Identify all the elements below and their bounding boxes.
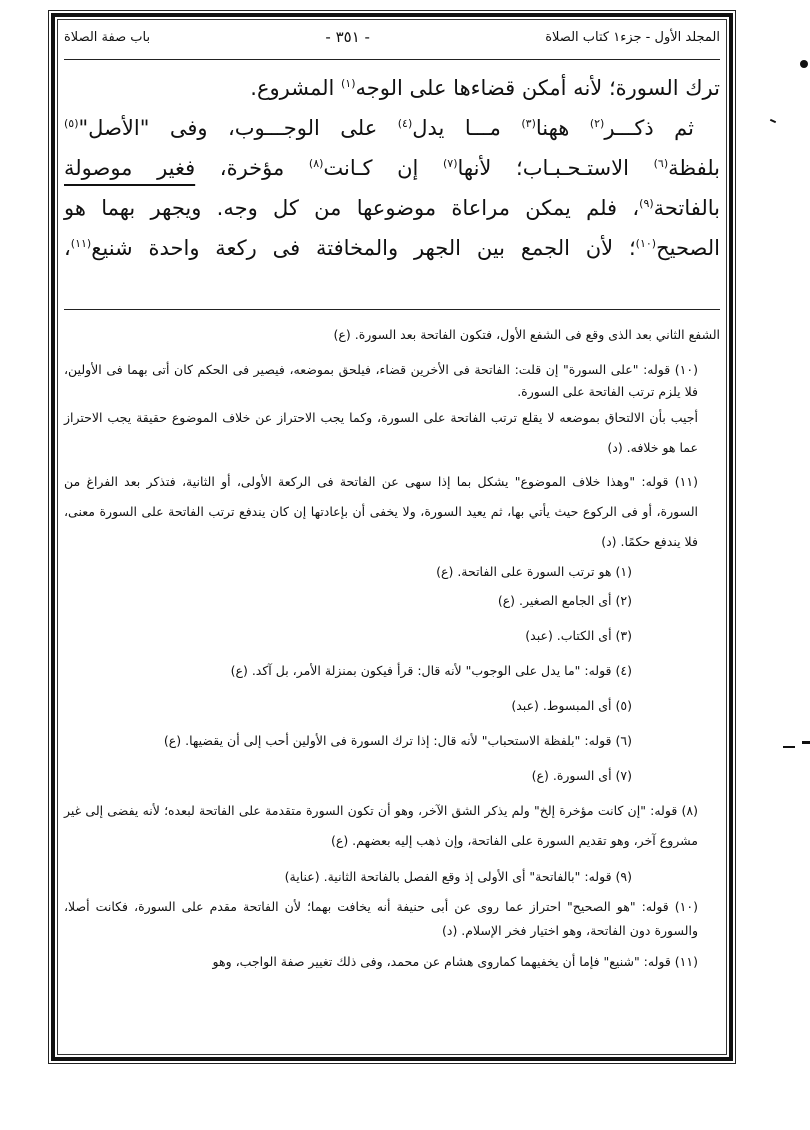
footnote-ref[interactable]: (٦) xyxy=(654,157,669,170)
footnote-ref[interactable]: (١) xyxy=(341,77,356,90)
footnote-4: (٤) قوله: "ما يدل على الوجوب" لأنه قال: … xyxy=(64,656,720,685)
main-text-line: الصحيح(١٠)؛ لأن الجمع بين الجهر والمخافت… xyxy=(64,228,720,268)
underlined-phrase: فغير موصولة xyxy=(64,156,195,180)
chapter-title: باب صفة الصلاة xyxy=(64,30,150,45)
footnote-ref[interactable]: (٨) xyxy=(309,157,324,170)
footnote-continuation: الشفع الثاني بعد الذى وقع فى الشفع الأول… xyxy=(64,320,720,349)
footnote-9: (٩) قوله: "بالفاتحة" أى الأولى إذ وقع ال… xyxy=(64,862,720,891)
main-text-line: بلفظة(٦) الاستـحـبـاب؛ لأنها(٧) إن كـانت… xyxy=(64,148,720,188)
footnote-ref[interactable]: (٥) xyxy=(64,117,79,130)
footnote-ref[interactable]: (٤) xyxy=(398,117,413,130)
volume-title: المجلد الأول - جزء١ كتاب الصلاة xyxy=(545,30,720,45)
footnote-5: (٥) أى المبسوط. (عبد) xyxy=(64,691,720,720)
footnote-10: (١٠) قوله: "هو الصحيح" احتراز عما روى عن… xyxy=(64,895,720,943)
main-text-line: بالفاتحة(٩)، فلم يمكن مراعاة موضوعها من … xyxy=(64,188,720,228)
footnote-1: (١) هو ترتب السورة على الفاتحة. (ع) xyxy=(64,557,720,586)
header-rule xyxy=(64,59,720,60)
footnote-6: (٦) قوله: "بلفظة الاستحباب" لأنه قال: إذ… xyxy=(64,726,720,755)
footnote-10-prev: (١٠) قوله: "على السورة" إن قلت: الفاتحة … xyxy=(64,359,720,403)
footnote-10-prev-answer: أجيب بأن الالتحاق بموضعه لا يقلع ترتب ال… xyxy=(64,403,720,463)
running-header: المجلد الأول - جزء١ كتاب الصلاة - ٣٥١ - … xyxy=(64,20,720,54)
footnote-8: (٨) قوله: "إن كانت مؤخرة إلخ" ولم يذكر ا… xyxy=(64,796,720,856)
footnote-ref[interactable]: (٢) xyxy=(590,117,605,130)
main-text-line: ثم ذكـــر(٢) ههنا(٣) مـــا يدل(٤) على ال… xyxy=(64,108,720,148)
footnotes: الشفع الثاني بعد الذى وقع فى الشفع الأول… xyxy=(64,320,720,976)
book-page: المجلد الأول - جزء١ كتاب الصلاة - ٣٥١ - … xyxy=(58,20,726,1054)
footnote-2: (٢) أى الجامع الصغير. (ع) xyxy=(64,586,720,615)
footnote-ref[interactable]: (٣) xyxy=(521,117,536,130)
main-text: ترك السورة؛ لأنه أمكن قضاءها على الوجه(١… xyxy=(64,68,720,268)
scan-speck xyxy=(770,119,776,123)
footnote-ref[interactable]: (١١) xyxy=(71,237,91,250)
footnote-ref[interactable]: (٩) xyxy=(639,197,654,210)
footnote-separator xyxy=(64,309,720,310)
main-text-line: ترك السورة؛ لأنه أمكن قضاءها على الوجه(١… xyxy=(64,68,720,108)
footnote-3: (٣) أى الكتاب. (عبد) xyxy=(64,621,720,650)
scan-speck xyxy=(783,746,795,748)
footnote-11: (١١) قوله: "شنيع" فإما أن يخفيهما كماروى… xyxy=(64,947,720,976)
footnote-ref[interactable]: (١٠) xyxy=(636,237,656,250)
footnote-7: (٧) أى السورة. (ع) xyxy=(64,761,720,790)
footnote-ref[interactable]: (٧) xyxy=(443,157,458,170)
scan-speck xyxy=(802,741,810,744)
footnote-11-prev: (١١) قوله: "وهذا خلاف الموضوع" يشكل بما … xyxy=(64,467,720,557)
page-number: - ٣٥١ - xyxy=(325,28,370,46)
scan-speck xyxy=(800,60,808,68)
